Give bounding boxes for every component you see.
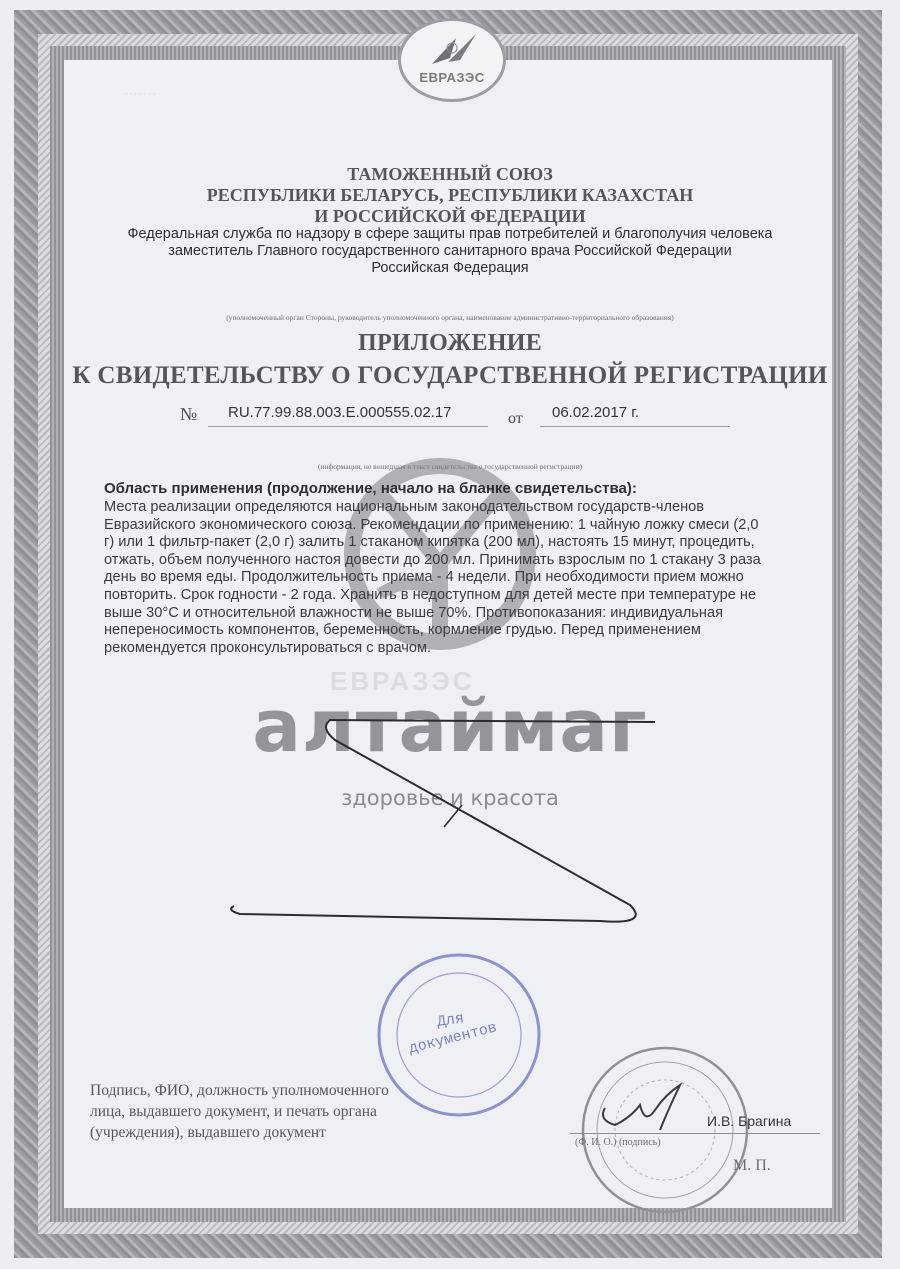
application-scope-section: Область применения (продолжение, начало … [104, 479, 814, 657]
signer-name: И.В. Брагина [707, 1113, 791, 1129]
line: день во время еды. Продолжительность при… [104, 569, 814, 587]
line: г) или 1 фильтр-пакет (2,0 г) залить 1 с… [104, 534, 814, 552]
signature-caption: Подпись, ФИО, должность уполномоченного … [90, 1080, 500, 1143]
signature-caption-line: Подпись, ФИО, должность уполномоченного [90, 1080, 500, 1101]
registration-number: RU.77.99.88.003.E.000555.02.17 [228, 404, 452, 421]
eurasec-emblem-icon [430, 30, 478, 68]
date-underline [540, 426, 730, 427]
line: повторить. Срок годности - 2 года. Храни… [104, 587, 814, 605]
authority-line-2: заместитель Главного государственного са… [0, 243, 900, 259]
registration-row: № RU.77.99.88.003.E.000555.02.17 от 06.0… [180, 402, 740, 426]
title-line-2: К СВИДЕТЕЛЬСТВУ О ГОСУДАРСТВЕННОЙ РЕГИСТ… [0, 362, 900, 390]
line: Евразийского экономического союза. Реком… [104, 517, 814, 535]
line: рекомендуется проконсультироваться с вра… [104, 640, 814, 658]
signature-caption-line: (учреждения), выдавшего документ [90, 1122, 500, 1143]
faded-mark: · · · · · · · [125, 90, 156, 99]
line: отжать, объем полученного настоя довести… [104, 552, 814, 570]
seal-mark: М. П. [733, 1157, 771, 1175]
authority-line-1: Федеральная служба по надзору в сфере за… [0, 226, 900, 242]
line: выше 30°С и относительной влажности не в… [104, 605, 814, 623]
number-underline [208, 426, 488, 427]
certificate-page: ЕВРАЗЭС · · · · · · · ТАМОЖЕННЫЙ СОЮЗ РЕ… [0, 0, 900, 1269]
authority-line-3: Российская Федерация [0, 260, 900, 276]
title-line-1: ПРИЛОЖЕНИЕ [0, 330, 900, 357]
header-line-2: РЕСПУБЛИКИ БЕЛАРУСЬ, РЕСПУБЛИКИ КАЗАХСТА… [0, 185, 900, 206]
header-line-3: И РОССИЙСКОЙ ФЕДЕРАЦИИ [0, 206, 900, 227]
line: Места реализации определяются национальн… [104, 499, 814, 517]
number-sign: № [180, 404, 197, 425]
from-label: от [508, 410, 523, 428]
signature-caption-line: лица, выдавшего документ, и печать орган… [90, 1101, 500, 1122]
watermark-tagline: здоровье и красота [0, 786, 900, 810]
eurasec-emblem: ЕВРАЗЭС [392, 18, 512, 106]
authority-caption: (уполномоченный орган Стороны, руководит… [0, 313, 900, 322]
header-line-1: ТАМОЖЕННЫЙ СОЮЗ [0, 164, 900, 185]
signature-line [570, 1133, 820, 1134]
watermark-brand: алтаймаг [0, 684, 900, 768]
fio-caption: (Ф. И. О.) (подпись) [575, 1137, 661, 1148]
emblem-label: ЕВРАЗЭС [392, 70, 512, 85]
section-heading: Область применения (продолжение, начало … [104, 479, 814, 499]
registration-date: 06.02.2017 г. [552, 404, 639, 421]
line: непереносимость компонентов, беременност… [104, 622, 814, 640]
